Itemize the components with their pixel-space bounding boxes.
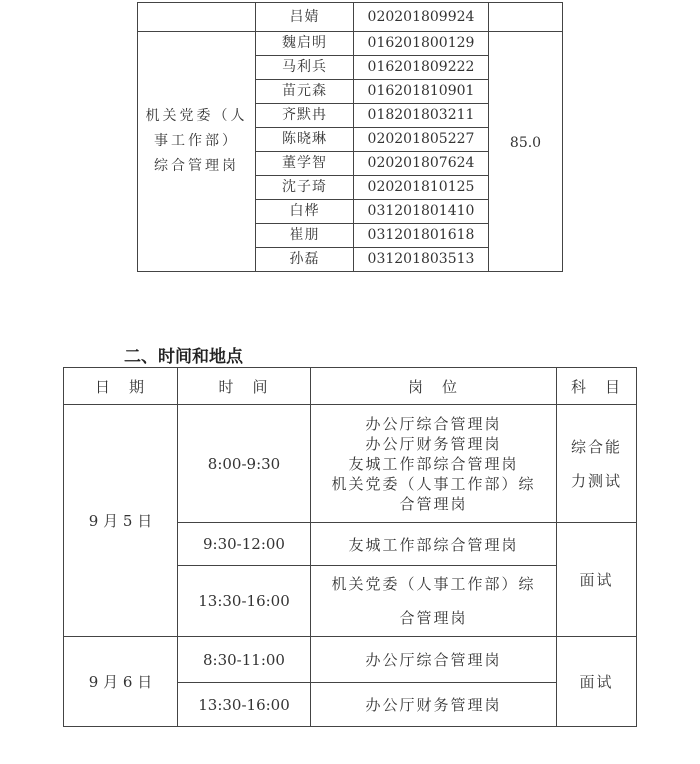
header-subject: 科 目	[557, 368, 637, 405]
header-time: 时 间	[178, 368, 311, 405]
time-cell: 13:30-16:00	[178, 566, 311, 637]
subject-cell: 面试	[557, 637, 637, 727]
position-line: 机关党委（人	[138, 104, 255, 129]
candidate-name: 陈晓琳	[256, 128, 354, 152]
candidate-name: 崔朋	[256, 224, 354, 248]
candidate-name: 沈子琦	[256, 176, 354, 200]
subject-cell: 综合能 力测试	[557, 405, 637, 523]
table-row: 9 月 6 日 8:30-11:00 办公厅综合管理岗 面试	[64, 637, 637, 683]
candidate-name: 苗元森	[256, 80, 354, 104]
position-cell: 机关党委（人事工作部）综 合管理岗	[311, 566, 557, 637]
header-row: 日 期 时 间 岗 位 科 目	[64, 368, 637, 405]
candidate-name: 白桦	[256, 200, 354, 224]
score-cell	[489, 3, 563, 32]
position-line: 综合管理岗	[138, 154, 255, 179]
candidate-name: 孙磊	[256, 248, 354, 272]
header-position: 岗 位	[311, 368, 557, 405]
candidate-id: 018201803211	[354, 104, 489, 128]
position-cell: 友城工作部综合管理岗	[311, 523, 557, 566]
candidate-name: 董学智	[256, 152, 354, 176]
candidate-id: 020201807624	[354, 152, 489, 176]
position-line: 办公厅综合管理岗	[311, 414, 556, 434]
candidate-name: 马利兵	[256, 56, 354, 80]
candidate-name: 魏启明	[256, 32, 354, 56]
candidate-name: 吕婧	[256, 3, 354, 32]
subject-line: 综合能	[557, 430, 636, 464]
time-cell: 8:30-11:00	[178, 637, 311, 683]
candidate-name: 齐默冉	[256, 104, 354, 128]
position-line: 机关党委（人事工作部）综	[311, 567, 556, 601]
position-line: 合管理岗	[311, 601, 556, 635]
candidate-id: 031201803513	[354, 248, 489, 272]
score-value: 85.0	[510, 135, 541, 151]
time-cell: 13:30-16:00	[178, 683, 311, 727]
position-cell: 办公厅综合管理岗 办公厅财务管理岗 友城工作部综合管理岗 机关党委（人事工作部）…	[311, 405, 557, 523]
candidate-id: 016201800129	[354, 32, 489, 56]
position-line: 事工作部）	[138, 129, 255, 154]
score-cell: 85.0	[489, 32, 563, 272]
candidate-id: 020201810125	[354, 176, 489, 200]
subject-line: 力测试	[557, 464, 636, 498]
candidate-id: 016201809222	[354, 56, 489, 80]
position-cell: 机关党委（人 事工作部） 综合管理岗	[138, 32, 256, 272]
table-row: 机关党委（人 事工作部） 综合管理岗 魏启明 016201800129 85.0	[138, 32, 563, 56]
candidate-id: 016201810901	[354, 80, 489, 104]
header-date: 日 期	[64, 368, 178, 405]
position-cell: 办公厅财务管理岗	[311, 683, 557, 727]
table-row: 9 月 5 日 8:00-9:30 办公厅综合管理岗 办公厅财务管理岗 友城工作…	[64, 405, 637, 523]
time-cell: 9:30-12:00	[178, 523, 311, 566]
candidate-id: 020201809924	[354, 3, 489, 32]
score-table: 吕婧 020201809924 机关党委（人 事工作部） 综合管理岗 魏启明 0…	[137, 2, 563, 272]
subject-cell: 面试	[557, 523, 637, 637]
section-title: 二、时间和地点	[124, 342, 243, 367]
date-cell: 9 月 6 日	[64, 637, 178, 727]
date-cell: 9 月 5 日	[64, 405, 178, 637]
table-row: 吕婧 020201809924	[138, 3, 563, 32]
position-line: 机关党委（人事工作部）综	[311, 474, 556, 494]
position-line: 合管理岗	[311, 494, 556, 514]
schedule-table: 日 期 时 间 岗 位 科 目 9 月 5 日 8:00-9:30 办公厅综合管…	[63, 367, 637, 727]
position-cell: 办公厅综合管理岗	[311, 637, 557, 683]
candidate-id: 020201805227	[354, 128, 489, 152]
time-cell: 8:00-9:30	[178, 405, 311, 523]
position-line: 办公厅财务管理岗	[311, 434, 556, 454]
candidate-id: 031201801618	[354, 224, 489, 248]
position-line: 友城工作部综合管理岗	[311, 454, 556, 474]
position-cell	[138, 3, 256, 32]
candidate-id: 031201801410	[354, 200, 489, 224]
